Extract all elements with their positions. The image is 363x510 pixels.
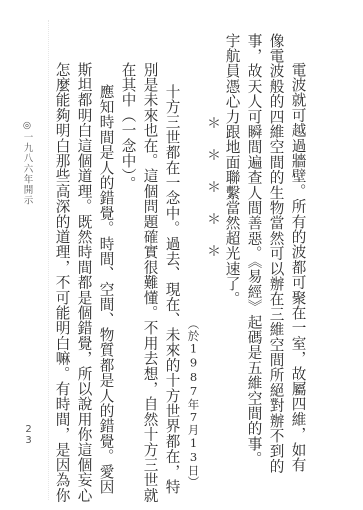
date-note: （於1987年7月13日） <box>187 318 199 488</box>
text-column: 十方三世都在一念中。過去、現在、未來的十方世界都在，特 <box>164 84 179 494</box>
section-separator: ＊＊＊＊＊ <box>203 116 223 276</box>
text-column: 在其中（一念中）。 <box>120 62 135 192</box>
text-column: 應知時間是人的錯覺。時間、空間、物質都是人的錯覺。愛因 <box>98 84 113 494</box>
page-number: 23 <box>23 424 34 446</box>
running-header: ◎一九八六年開示 <box>22 120 32 206</box>
text-column: 別是未來也在。這個問題確實很難懂。不用去想，自然十方三世就 <box>142 62 157 503</box>
text-column: 像電波般的四維空間的生物當然可以辦在三維空間所絕對辦不到的 <box>268 33 283 474</box>
text-column: 電波就可越過牆壁。所有的波都可聚在一室，故屬四維，如有 <box>290 62 305 472</box>
text-column: 事，故天人可瞬間遍查人間善惡。《易經》起碼是五維空間的事。 <box>246 33 261 467</box>
running-header-title: 一九八六年開示 <box>22 132 33 206</box>
text-column: 宇航員憑心力跟地面聯繫當然超光速了。 <box>224 33 239 307</box>
text-column: 斯坦都明白這個道理。既然時間都是個錯覺，所以說用你這個妄心 <box>76 62 91 503</box>
margin-rule <box>48 20 49 500</box>
text-column: 怎麼能夠明白那些高深的道理，不可能明白嘛。有時間，是因為你 <box>54 62 69 503</box>
logo-icon: ◎ <box>22 120 33 132</box>
